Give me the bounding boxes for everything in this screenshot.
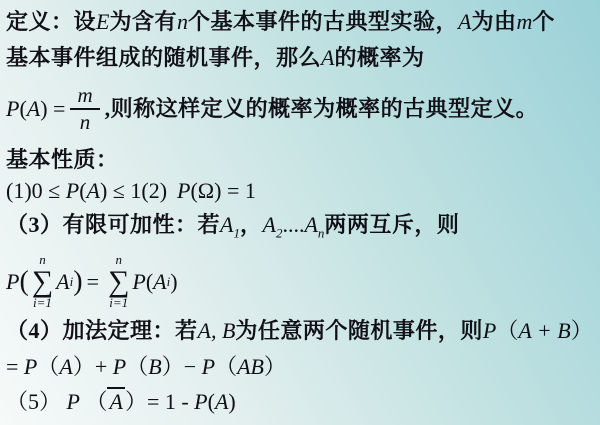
text-run: 两两互斥，则: [324, 212, 459, 237]
paren-close-minus: ）−: [162, 354, 202, 379]
summation-symbol: n ∑ i=1: [108, 253, 129, 310]
text-run: (1)0 ≤: [6, 178, 66, 203]
fraction-numerator: m: [70, 84, 99, 110]
item-number-2: (2): [141, 178, 167, 203]
math-var-An: A: [304, 212, 317, 237]
math-var-A: A: [27, 95, 40, 124]
text-run: ,则称这样定义的概率为概率的古典型定义。: [105, 95, 539, 124]
paren-close: ): [73, 268, 82, 296]
text-run: （4）加法定理：若: [6, 318, 198, 343]
text-run: 为含有: [109, 9, 177, 34]
math-var-A: A: [56, 268, 69, 297]
summation-symbol: n ∑ i=1: [32, 253, 53, 310]
paren-open: （: [215, 354, 237, 379]
paren-open: （: [37, 354, 59, 379]
text-run: 基本事件组成的随机事件，那么: [6, 45, 321, 70]
math-var-P: P: [194, 389, 207, 414]
addition-theorem-expansion: = P（A）+ P（B）− P（AB）: [6, 353, 286, 382]
math-var-A: A: [458, 9, 471, 34]
sum-lower-limit: i=1: [109, 296, 128, 310]
summation-formula: P( n ∑ i=1 Ai)= n ∑ i=1 P(Ai): [6, 250, 178, 314]
definition-line-1: 定义：设E为含有n个基本事件的古典型实验，A为由m个: [6, 8, 555, 37]
math-var-A: A: [215, 389, 228, 414]
sigma-icon: ∑: [32, 268, 53, 297]
math-var-P: P: [483, 318, 496, 343]
math-var-A-complement: A: [107, 387, 124, 413]
math-var-P: P: [113, 354, 126, 379]
equals-one-minus: ）= 1 -: [125, 389, 194, 414]
equals-sign: =: [6, 354, 24, 379]
text-run: （3）有限可加性：若: [6, 212, 220, 237]
math-var-A: A: [87, 178, 100, 203]
text-run: 定义：设: [6, 9, 96, 34]
math-var-P: P: [24, 354, 37, 379]
ellipsis-dots: ....: [282, 212, 304, 237]
equals-sign: ) =: [40, 95, 65, 124]
basic-properties-heading: 基本性质：: [6, 146, 119, 175]
paren-close: ): [170, 268, 177, 297]
math-var-A1: A: [220, 212, 233, 237]
math-var-P: P: [6, 268, 19, 297]
paren-open: (: [19, 95, 26, 124]
math-var-P: P: [132, 268, 145, 297]
paren-close: ）: [264, 354, 286, 379]
equals-sign: =: [87, 268, 99, 297]
sum-lower-limit: i=1: [33, 296, 52, 310]
math-var-P: P: [6, 95, 19, 124]
text-run: 的概率为: [334, 45, 424, 70]
property-1-2-line: (1)0 ≤ P(A) ≤ 1(2)P(Ω) = 1: [6, 177, 256, 206]
text-run: ，: [240, 212, 263, 237]
paren-close: ): [228, 389, 235, 414]
formula-pa-fraction: P(A) = m n ,则称这样定义的概率为概率的古典型定义。: [6, 80, 538, 138]
fraction-denominator: n: [80, 110, 91, 134]
math-var-A: A: [153, 268, 166, 297]
math-var-B: B: [148, 354, 161, 379]
definition-line-2: 基本事件组成的随机事件，那么A的概率为: [6, 44, 424, 73]
paren-open: (: [19, 268, 28, 296]
property-3-line: （3）有限可加性：若A1，A2....An两两互斥，则: [6, 211, 459, 240]
property-5-line: （5） P （A）= 1 - P(A): [6, 387, 236, 417]
paren-open: （: [496, 318, 518, 343]
math-var-E: E: [96, 9, 109, 34]
sigma-icon: ∑: [108, 268, 129, 297]
paren-close-plus: ）+: [73, 354, 113, 379]
text-run: 为由: [471, 9, 516, 34]
item-number-5: （5）: [6, 389, 67, 414]
math-var-AB: AB: [237, 354, 264, 379]
paren-open: （: [126, 354, 148, 379]
math-expr-a-plus-b: A + B: [518, 318, 570, 343]
probability-definition-slide: 定义：设E为含有n个基本事件的古典型实验，A为由m个 基本事件组成的随机事件，那…: [0, 0, 600, 425]
text-run: 个基本事件的古典型实验，: [188, 9, 458, 34]
math-var-n: n: [177, 9, 188, 34]
paren-open: (: [208, 389, 215, 414]
math-var-P: P: [177, 178, 190, 203]
fraction-m-over-n: m n: [70, 84, 99, 134]
text-run: 基本性质：: [6, 147, 119, 172]
math-var-A: A: [321, 45, 334, 70]
text-run: 个: [532, 9, 555, 34]
property-4-line: （4）加法定理：若A, B为任意两个随机事件，则P（A + B）: [6, 317, 593, 346]
math-var-P: P: [67, 389, 80, 414]
math-var-P: P: [66, 178, 79, 203]
text-run: 为任意两个随机事件，则: [235, 318, 483, 343]
text-run: (Ω) = 1: [190, 178, 255, 203]
math-var-P: P: [202, 354, 215, 379]
text-run: ) ≤ 1: [100, 178, 141, 203]
paren-open: (: [79, 178, 86, 203]
math-var-A: A: [59, 354, 72, 379]
math-var-A2: A: [262, 212, 275, 237]
paren-open: （: [80, 389, 108, 414]
paren-close: ）: [571, 318, 593, 343]
math-var-AB: A, B: [198, 318, 236, 343]
math-var-m: m: [516, 9, 532, 34]
